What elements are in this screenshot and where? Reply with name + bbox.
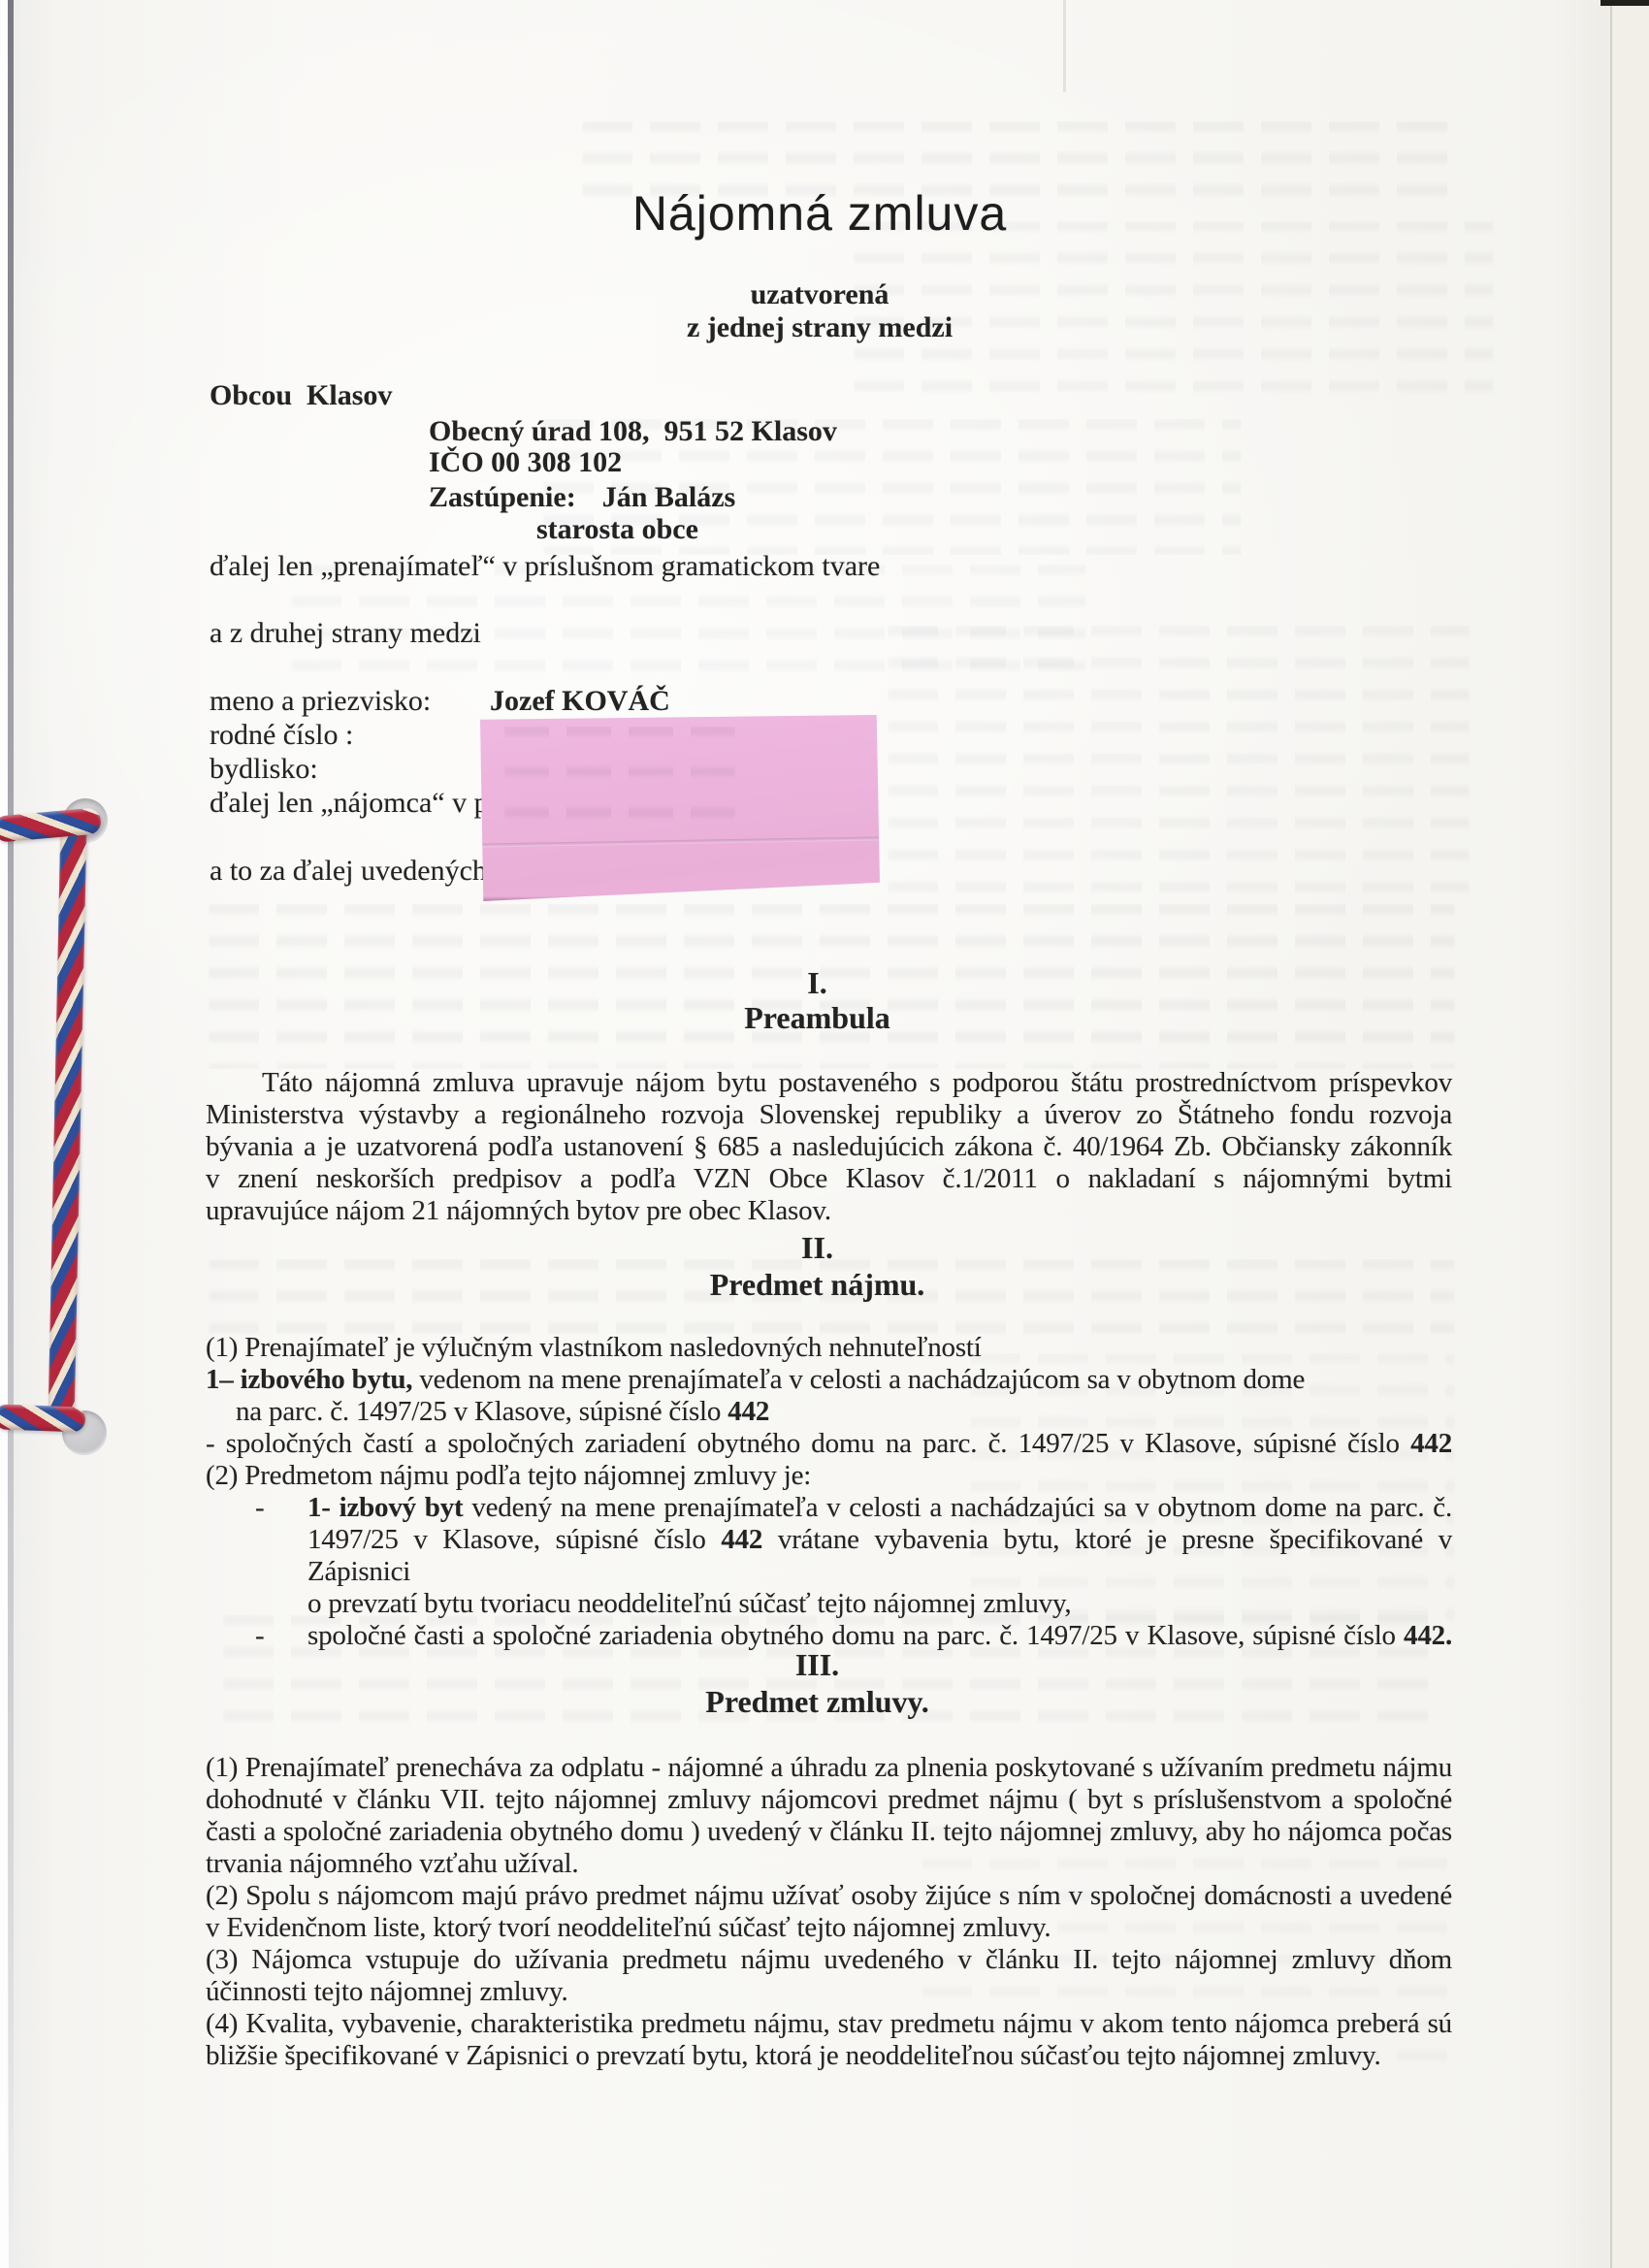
contract-line-segment: 1– izbového bytu, [206,1364,412,1395]
section-heading: Predmet zmluvy. [194,1684,1440,1720]
contract-line: v Evidenčnom liste, ktorý tvorí neoddeli… [206,1912,1452,1944]
section-body: Táto nájomná zmluva upravuje nájom bytu … [206,1067,1452,1227]
contract-line: (2) Predmetom nájmu podľa tejto nájomnej… [206,1460,1452,1492]
contract-line-segment: bližšie špecifikované v Zápisnici o prev… [206,2040,1381,2071]
contract-line-segment: 442 [727,1396,769,1427]
contract-line: bližšie špecifikované v Zápisnici o prev… [206,2040,1452,2072]
contract-line-segment: 1497/25 v Klasove, súpisné číslo [307,1524,721,1555]
landlord-alias-clause: ďalej len „prenajímateľ“ v príslušnom gr… [210,550,880,583]
section-body: (1) Prenajímateľ je výlučným vlastníkom … [206,1332,1452,1652]
tenant-birth-number-label: rodné číslo : [210,719,353,752]
contract-line-segment: vedený na mene prenajímateľa v celosti a… [463,1492,1452,1523]
page-title: Nájomná zmluva [0,186,1639,241]
tenant-name-row: meno a priezvisko:Jozef KOVÁČ [210,685,431,718]
contract-line: 1497/25 v Klasove, súpisné číslo 442 vrá… [206,1524,1452,1588]
contract-line: (4) Kvalita, vybavenie, charakteristika … [206,2008,1452,2040]
contract-line-segment: 442 [1410,1428,1452,1459]
section-number: III. [194,1647,1440,1683]
contract-line-segment: v Evidenčnom liste, ktorý tvorí neoddeli… [206,1912,1051,1943]
representative-name: Ján Balázs [602,481,736,513]
showthrough-text-ghost [504,727,736,842]
tenant-name-label: meno a priezvisko: [210,685,431,717]
contract-line: Ministerstva výstavby a regionálneho roz… [206,1099,1452,1131]
binder-cord-bottom [0,1404,85,1432]
contract-line: (1) Prenajímateľ prenecháva za odplatu -… [206,1752,1452,1784]
contract-line: trvania nájomného vzťahu užíval. [206,1848,1452,1880]
contract-line: v znení neskorších predpisov a podľa VZN… [206,1163,1452,1195]
contract-line-segment: (3) Nájomca vstupuje do užívania predmet… [206,1944,1452,1975]
contract-line-segment: - spoločných častí a spoločných zariaden… [206,1428,1410,1459]
contract-line: 1– izbového bytu, vedenom na mene prenaj… [206,1364,1452,1396]
scan-corner-artifact [1600,0,1649,6]
tenant-name: Jozef KOVÁČ [490,685,670,718]
scan-scratch-artifact [1063,0,1066,92]
representation-label: Zastúpenie: [429,481,576,513]
showthrough-text-ghost [888,626,1470,907]
representative-role: starosta obce [536,513,698,546]
contract-line: - spoločných častí a spoločných zariaden… [206,1428,1452,1460]
contract-line: (1) Prenajímateľ je výlučným vlastníkom … [206,1332,1452,1364]
tenant-residence-label: bydlisko: [210,753,318,786]
contract-line-segment: na parc. č. 1497/25 v Klasove, súpisné č… [236,1396,727,1427]
contract-line: účinnosti tejto nájomnej zmluvy. [206,1976,1452,2008]
subtitle-line: z jednej strany medzi [0,311,1639,344]
contract-line: bývania a je uzatvorená podľa ustanovení… [206,1131,1452,1163]
contract-line: o prevzatí bytu tvoriacu neoddeliteľnú s… [206,1588,1452,1620]
landlord-address: Obecný úrad 108, 951 52 Klasov [429,415,837,448]
landlord-name: Obcou Klasov [210,379,392,412]
contract-line-segment: časti a spoločné zariadenia obytného dom… [206,1816,1452,1847]
contract-line: (3) Nájomca vstupuje do užívania predmet… [206,1944,1452,1976]
contract-line-segment: Táto nájomná zmluva upravuje nájom bytu … [262,1067,1452,1098]
contract-line-segment: (1) Prenajímateľ je výlučným vlastníkom … [206,1332,982,1363]
landlord-representation-row: Zastúpenie:Ján Balázs [429,481,735,514]
contract-line-segment: bývania a je uzatvorená podľa ustanovení… [206,1131,1452,1162]
contract-line: Táto nájomná zmluva upravuje nájom bytu … [206,1067,1452,1099]
contract-line: dohodnuté v článku VII. tejto nájomnej z… [206,1784,1452,1816]
contract-line-segment: 1- izbový byt [307,1492,463,1523]
contract-line-segment: (4) Kvalita, vybavenie, charakteristika … [206,2008,1452,2039]
section-body: (1) Prenajímateľ prenecháva za odplatu -… [206,1752,1452,2072]
second-party-intro: a z druhej strany medzi [210,617,481,650]
contract-line-segment: trvania nájomného vzťahu užíval. [206,1848,578,1879]
contract-line-segment: (2) Predmetom nájmu podľa tejto nájomnej… [206,1460,811,1491]
contract-line-segment: dohodnuté v článku VII. tejto nájomnej z… [206,1784,1452,1815]
list-dash: - [255,1492,264,1524]
contract-line-segment: o prevzatí bytu tvoriacu neoddeliteľnú s… [307,1588,1071,1619]
contract-line-segment: 442 [721,1524,762,1555]
contract-line-segment: v znení neskorších predpisov a podľa VZN… [206,1163,1452,1194]
section-heading: Preambula [194,1000,1440,1036]
contract-line: upravujúce nájom 21 nájomných bytov pre … [206,1195,1452,1227]
redaction-note [480,715,880,901]
contract-line: na parc. č. 1497/25 v Klasove, súpisné č… [206,1396,1452,1428]
landlord-company-id: IČO 00 308 102 [429,446,622,479]
contract-line-segment: upravujúce nájom 21 nájomných bytov pre … [206,1195,831,1226]
subtitle-line: uzatvorená [0,278,1639,311]
tenant-alias-clause: ďalej len „nájomca“ v p [210,787,489,820]
scanned-contract-page: { "document": { "title": "Nájomná zmluva… [0,0,1649,2268]
contract-line-segment: (1) Prenajímateľ prenecháva za odplatu -… [206,1752,1452,1783]
contract-line: (2) Spolu s nájomcom majú právo predmet … [206,1880,1452,1912]
contract-line-segment: účinnosti tejto nájomnej zmluvy. [206,1976,568,2007]
contract-line: časti a spoločné zariadenia obytného dom… [206,1816,1452,1848]
section-heading: Predmet nájmu. [194,1267,1440,1303]
contract-line-segment: Ministerstva výstavby a regionálneho roz… [206,1099,1452,1130]
section-number: I. [194,965,1440,1001]
section-number: II. [194,1230,1440,1266]
contract-line: -1- izbový byt vedený na mene prenajímat… [206,1492,1452,1524]
tenant-conditions-clause: a to za ďalej uvedených [210,855,487,888]
contract-line-segment: (2) Spolu s nájomcom majú právo predmet … [206,1880,1452,1911]
contract-line-segment: vedenom na mene prenajímateľa v celosti … [412,1364,1305,1395]
